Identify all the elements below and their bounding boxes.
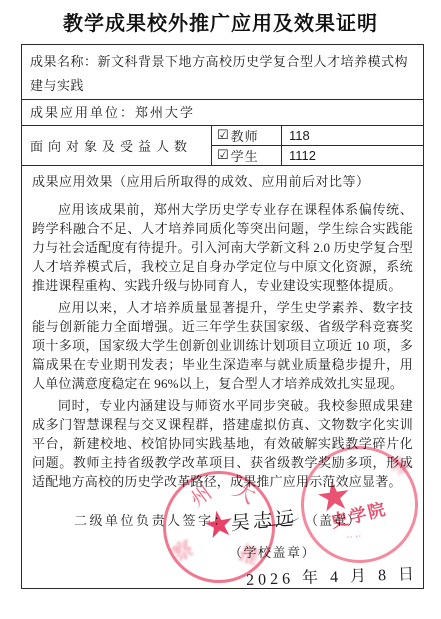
teachers-count: 118: [282, 126, 423, 145]
application-effect-section: 成果应用效果（应用后所取得的成效、应用前后对比等） 应用该成果前，郑州大学历史学…: [22, 172, 423, 590]
signature-label: 二级单位负责人签字：: [74, 513, 229, 528]
effect-paragraph-3: 同时，专业内涵建设与师资水平同步突破。我校参照成果建成多门智慧课程与交叉课程群，…: [32, 396, 413, 491]
scanned-certificate-page: 教学成果校外推广应用及效果证明 成果名称：新文科背景下地方高校历史学复合型人才培…: [0, 0, 441, 619]
teachers-cell: ☑ 教师: [212, 126, 282, 145]
checked-checkbox-icon: ☑: [217, 128, 230, 143]
audience-teachers-subrow: ☑ 教师 118: [212, 126, 423, 145]
effect-heading: 成果应用效果（应用后所取得的成效、应用前后对比等）: [32, 172, 413, 191]
handwritten-date: 2026 年 4 月 8 日: [246, 561, 419, 590]
audience-label: 面向对象及受益人数: [22, 126, 212, 165]
audience-values: ☑ 教师 118 ☑ 学生 1112: [212, 126, 423, 165]
teachers-label: 教师: [231, 126, 259, 145]
achievement-name-row: 成果名称：新文科背景下地方高校历史学复合型人才培养模式构建与实践: [22, 45, 423, 100]
signature-line: 二级单位负责人签字：吴志远（盖章）: [74, 508, 361, 533]
certificate-form-table: 成果名称：新文科背景下地方高校历史学复合型人才培养模式构建与实践 成果应用单位：…: [21, 44, 424, 589]
checked-checkbox-icon: ☑: [217, 148, 230, 163]
effect-paragraph-2: 应用以来，人才培养质量显著提升，学生史学素养、数字技能与创新能力全面增强。近三年…: [32, 298, 413, 393]
achievement-name-text: 成果名称：新文科背景下地方高校历史学复合型人才培养模式构建与实践: [30, 54, 408, 93]
students-count: 1112: [282, 146, 423, 165]
applying-unit-text: 成果应用单位：郑州大学: [30, 105, 195, 120]
applying-unit-row: 成果应用单位：郑州大学: [22, 100, 423, 126]
school-seal-hint: （学校盖章）: [229, 542, 316, 561]
effect-paragraph-1: 应用该成果前，郑州大学历史学专业存在课程体系偏传统、跨学科融合不足、人才培养同质…: [32, 200, 413, 295]
audience-row: 面向对象及受益人数 ☑ 教师 118 ☑ 学生 1112: [22, 126, 423, 166]
page-title: 教学成果校外推广应用及效果证明: [0, 7, 441, 36]
students-label: 学生: [231, 146, 259, 165]
students-cell: ☑ 学生: [212, 146, 282, 165]
seal-hint: （盖章）: [305, 513, 361, 528]
audience-students-subrow: ☑ 学生 1112: [212, 145, 423, 165]
